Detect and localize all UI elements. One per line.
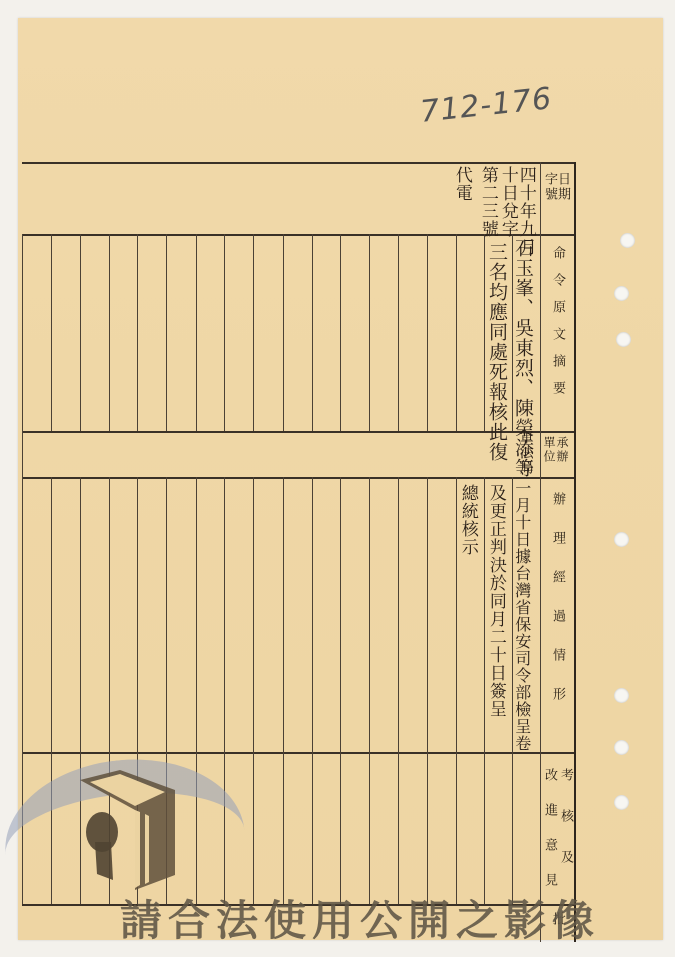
column-rule [369,477,370,752]
column-rule [398,234,399,431]
column-rule [512,752,513,904]
column-rule [253,752,254,904]
column-rule [137,477,138,752]
entry-type: 代電 [452,166,470,202]
header-improvement: 改進意見 [540,768,559,908]
entry-number-line1: 十日兌字 [498,166,516,238]
column-rule [456,752,457,904]
column-rule [137,234,138,431]
column-rule [340,234,341,431]
binder-hole [616,332,631,347]
column-rule [312,477,313,752]
column-rule [109,234,110,431]
column-rule [427,752,428,904]
column-rule [312,752,313,904]
binder-hole [614,286,629,301]
column-rule [166,477,167,752]
entry-number-line2: 第二三號 [478,166,496,238]
header-unit: 單位 [541,436,558,464]
column-rule [51,477,52,752]
column-rule [224,234,225,431]
header-order-summary: 命令原文摘要 [548,246,567,408]
column-rule [456,477,457,752]
header-number: 字號 [540,172,559,202]
column-rule [51,234,52,431]
column-rule [80,477,81,752]
column-rule [253,234,254,431]
column-rule [398,477,399,752]
column-rule [283,234,284,431]
binder-hole [614,740,629,755]
column-rule [427,477,428,752]
column-rule [312,234,313,431]
column-rule [369,234,370,431]
column-rule [253,477,254,752]
column-rule [484,477,485,752]
binder-hole [620,233,635,248]
binder-hole [614,688,629,703]
column-rule [456,234,457,431]
column-rule [196,477,197,752]
row-divider-process [22,752,575,754]
handling-line-1: 一月十日據台灣省保安司令部檢呈卷 [513,480,530,752]
header-handling-process: 辦理經過情形 [548,492,567,726]
binder-hole [614,795,629,810]
entry-responsible-unit: 軍法局 [518,430,533,475]
column-rule [484,234,485,431]
handling-line-2: 及更正判決於同月二十日簽呈 [486,484,504,718]
column-rule [340,477,341,752]
column-rule [109,477,110,752]
column-rule [166,234,167,431]
column-rule [283,477,284,752]
column-rule [398,752,399,904]
column-rule [484,752,485,904]
column-rule [427,234,428,431]
column-rule [196,234,197,431]
binder-hole [614,532,629,547]
column-rule [340,752,341,904]
handling-line-3: 總統核示 [458,484,476,556]
column-rule [369,752,370,904]
column-rule [224,477,225,752]
table-top-rule [22,162,575,164]
order-summary-line-2: 三名均應同處死報核此復 [486,242,506,462]
watermark-book-keyhole-icon [75,770,185,890]
column-rule [80,234,81,431]
watermark-text: 請合法使用公開之影像 [120,888,600,948]
row-divider-unit [22,477,575,479]
column-rule [283,752,284,904]
